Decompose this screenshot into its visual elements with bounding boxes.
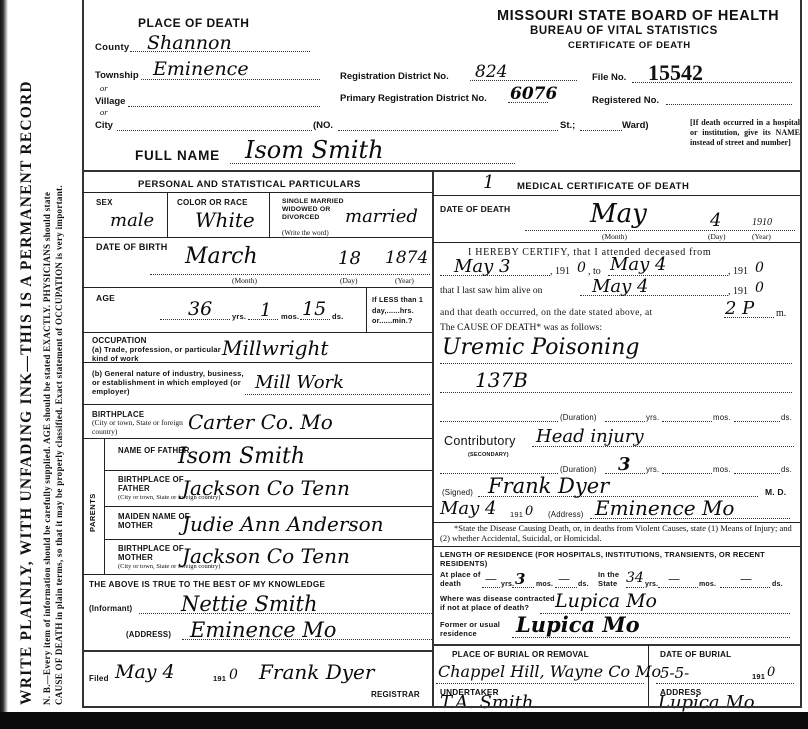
- duration-mos-label-2: mos.: [713, 465, 731, 474]
- registered-no-label: Registered No.: [592, 95, 659, 106]
- permanent-record-notice: WRITE PLAINLY, WITH UNFADING INK—THIS IS…: [18, 80, 36, 705]
- rule: [432, 195, 800, 196]
- day-caption: (Day): [340, 276, 358, 285]
- primary-registration-field: Primary Registration District No. 6076: [340, 88, 580, 104]
- full-name-label: FULL NAME: [135, 148, 220, 163]
- file-no-label: File No.: [592, 72, 626, 83]
- burial-place-value: Chappel Hill, Wayne Co Mo: [438, 662, 661, 681]
- county-value: Shannon: [147, 32, 232, 54]
- form-bottom-border: [82, 706, 800, 708]
- township-field: Township Eminence: [95, 64, 320, 80]
- duration-yrs-label: yrs.: [646, 413, 659, 422]
- death-month: May: [590, 199, 647, 229]
- sex-label: SEX: [96, 198, 113, 207]
- cause-code: 137B: [475, 368, 528, 392]
- duration-label-2: (Duration): [560, 465, 597, 474]
- rule: [82, 332, 432, 333]
- scan-bottom-edge: [0, 712, 808, 729]
- column-divider: [432, 172, 434, 708]
- at-place-ds-label: ds.: [578, 580, 589, 589]
- undertaker-address-value: Lupica Mo: [658, 692, 755, 713]
- contributory-field: Contributory (SECONDARY) Head injury: [444, 430, 798, 456]
- rule: [104, 539, 432, 540]
- village-line: [128, 106, 320, 107]
- death-time-field: and that death occurred, on the date sta…: [440, 302, 798, 322]
- full-name-field: FULL NAME Isom Smith: [135, 142, 515, 166]
- parents-label: PARENTS: [88, 493, 97, 532]
- birthplace-value: Carter Co. Mo: [188, 410, 333, 434]
- rule: [82, 574, 432, 575]
- village-label: Village: [95, 96, 125, 107]
- rule: [734, 421, 780, 422]
- left-margin: WRITE PLAINLY, WITH UNFADING INK—THIS IS…: [0, 0, 80, 729]
- occupation-a-label: (a) Trade, profession, or particular kin…: [92, 345, 222, 363]
- duration-mos-label: mos.: [713, 413, 731, 422]
- rule: [82, 192, 432, 193]
- registrar-signature: Frank Dyer: [259, 660, 374, 684]
- rule: [734, 473, 780, 474]
- ward-line: [580, 130, 622, 131]
- st-label: St.;: [560, 120, 575, 131]
- county-field: County Shannon: [95, 36, 310, 52]
- duration-ds-label-2: ds.: [781, 465, 792, 474]
- form-right-border: [800, 0, 802, 708]
- race-label: COLOR OR RACE: [177, 198, 248, 207]
- reg-district-value: 824: [475, 62, 507, 82]
- rule: [662, 473, 712, 474]
- death-day-caption: (Day): [708, 232, 726, 241]
- filed-year-prefix: 191: [213, 674, 226, 683]
- header-divider: [82, 170, 800, 172]
- occupation-b-value: Mill Work: [255, 372, 344, 393]
- attended-to-year-prefix: , 191: [728, 266, 748, 277]
- informant-field: (Informant) Nettie Smith: [89, 596, 432, 616]
- bureau-title: BUREAU OF VITAL STATISTICS: [530, 25, 718, 37]
- attended-to-year: 0: [755, 260, 764, 276]
- age-field: 36 yrs. 1 mos. 15 ds.: [160, 300, 366, 322]
- rule: [656, 683, 794, 684]
- at-place-mos: 3: [515, 570, 525, 588]
- month-caption: (Month): [232, 276, 257, 285]
- registration-district-field: Registration District No. 824: [340, 64, 580, 80]
- mother-maiden-value: Judie Ann Anderson: [182, 512, 384, 536]
- burial-year: 0: [767, 665, 775, 680]
- race-value: White: [195, 208, 255, 232]
- signed-year: 0: [525, 504, 533, 519]
- occupation-b-label: (b) General nature of industry, business…: [92, 369, 252, 396]
- in-state-mos-label: mos.: [699, 580, 716, 589]
- last-saw-year: 0: [755, 280, 764, 296]
- death-occurred-label: and that death occurred, on the date sta…: [440, 308, 652, 318]
- last-saw-date: May 4: [592, 276, 649, 297]
- former-residence-value: Lupica Mo: [516, 612, 640, 637]
- rule: [269, 192, 270, 237]
- in-state-ds-label: ds.: [772, 580, 783, 589]
- rule: [626, 587, 644, 588]
- in-state-ds: —: [740, 572, 752, 586]
- death-time: 2 P: [725, 298, 754, 319]
- rule: [150, 274, 430, 275]
- yrs-label: yrs.: [232, 312, 246, 321]
- attended-from-year: 0: [577, 260, 586, 276]
- physician-address-field: May 4 191 0 (Address) Eminence Mo: [440, 500, 798, 522]
- birthplace-hint: (City or town, State or foreign country): [92, 419, 187, 436]
- form-left-border: [82, 0, 84, 708]
- medical-section-title: MEDICAL CERTIFICATE OF DEATH: [517, 181, 689, 192]
- informant-address-field: (ADDRESS) Eminence Mo: [126, 622, 432, 642]
- in-state-yrs: 34: [626, 570, 644, 586]
- rule: [82, 362, 432, 363]
- rule: [440, 392, 792, 393]
- in-state-mos: —: [668, 572, 680, 586]
- rule: [82, 438, 432, 439]
- age-label: AGE: [96, 294, 115, 303]
- rule: [662, 421, 712, 422]
- burial-place-label: PLACE OF BURIAL OR REMOVAL: [452, 650, 589, 659]
- rule: [432, 546, 800, 547]
- true-statement: THE ABOVE IS TRUE TO THE BEST OF MY KNOW…: [89, 580, 325, 589]
- rule: [82, 404, 432, 405]
- age-months: 1: [260, 300, 271, 321]
- last-saw-alive: that I last saw him alive on May 4 , 191…: [440, 280, 798, 300]
- rule: [658, 587, 698, 588]
- rule: [512, 637, 790, 638]
- residence-label: LENGTH OF RESIDENCE (FOR HOSPITALS, INST…: [440, 550, 795, 568]
- father-name-value: Isom Smith: [178, 444, 305, 469]
- signed-year-prefix: 191: [510, 510, 523, 519]
- filed-year-suffix: 0: [229, 667, 238, 683]
- attended-from: May 3: [454, 256, 511, 277]
- date-of-death-label: DATE OF DEATH: [440, 205, 510, 214]
- personal-section-title: PERSONAL AND STATISTICAL PARTICULARS: [138, 179, 361, 190]
- item-number: 1: [483, 172, 494, 193]
- rule: [555, 587, 577, 588]
- village-field: Village: [95, 94, 320, 108]
- rule: [104, 506, 432, 507]
- less-than-day-note: If LESS than 1 day,......hrs. or......mi…: [372, 295, 432, 327]
- filed-date: May 4: [115, 661, 175, 683]
- street-line: [338, 130, 558, 131]
- address-label: (Address): [548, 510, 584, 519]
- age-years: 36: [188, 298, 212, 320]
- rule: [245, 394, 430, 395]
- city-line: [117, 130, 312, 131]
- rule: [482, 587, 500, 588]
- primary-reg-value: 6076: [510, 84, 557, 104]
- duration-ds-label: ds.: [781, 413, 792, 422]
- hospital-note: [If death occurred in a hospital or inst…: [690, 118, 800, 148]
- duration-yrs-label-2: yrs.: [646, 465, 659, 474]
- death-day: 4: [710, 210, 721, 231]
- duration-label: (Duration): [560, 413, 597, 422]
- county-label: County: [95, 42, 130, 53]
- last-saw-label: that I last saw him alive on: [440, 286, 542, 296]
- contributory-label: Contributory: [444, 434, 516, 448]
- physician-signature: Frank Dyer: [488, 474, 609, 498]
- street-no-label: (NO.: [313, 120, 333, 131]
- attended-to: May 4: [610, 254, 667, 275]
- rule: [82, 237, 432, 238]
- occupation-label: OCCUPATION: [92, 336, 147, 345]
- board-title: MISSOURI STATE BOARD OF HEALTH: [497, 8, 779, 24]
- signed-label: (Signed): [442, 488, 473, 497]
- rule: [720, 587, 770, 588]
- dob-month: March: [185, 244, 258, 269]
- informant-label: (Informant): [89, 604, 132, 613]
- rule: [104, 470, 432, 471]
- former-residence-label: Former or usual residence: [440, 620, 520, 638]
- reg-district-label: Registration District No.: [340, 71, 449, 82]
- primary-reg-label: Primary Registration District No.: [340, 93, 487, 104]
- at-place-mos-label: mos.: [536, 580, 553, 589]
- year-caption: (Year): [395, 276, 414, 285]
- burial-year-prefix: 191: [752, 672, 765, 681]
- m-label: m.: [776, 308, 786, 319]
- rule: [82, 650, 432, 652]
- township-value: Eminence: [153, 58, 249, 80]
- township-label: Township: [95, 70, 139, 81]
- certificate-title: CERTIFICATE OF DEATH: [568, 40, 691, 51]
- rule: [525, 230, 795, 231]
- father-birthplace-value: Jackson Co Tenn: [182, 476, 350, 500]
- nb-note-line1: N. B.—Every item of information should b…: [42, 192, 52, 705]
- scan-edge: [0, 0, 8, 729]
- rule: [366, 287, 367, 332]
- full-name-value: Isom Smith: [245, 136, 384, 164]
- cause-footnote: *State the Disease Causing Death, or, in…: [440, 523, 792, 543]
- residence-durations: At place of death — yrs. 3 mos. — ds. In…: [440, 570, 798, 592]
- city-field: City (NO. St.; Ward): [95, 118, 655, 132]
- dob-year: 1874: [385, 248, 428, 268]
- contracted-value: Lupica Mo: [555, 590, 657, 612]
- md-label: M. D.: [765, 488, 786, 497]
- death-year: 1910: [752, 217, 772, 228]
- contributory-duration-yrs: 3: [618, 454, 631, 475]
- age-days: 15: [302, 298, 326, 320]
- rule: [167, 192, 168, 237]
- place-of-death-heading: PLACE OF DEATH: [138, 16, 249, 30]
- filed-label: Filed: [89, 674, 109, 683]
- cause-label: The CAUSE OF DEATH* was as follows:: [440, 323, 602, 333]
- rule: [440, 421, 558, 422]
- mother-birthplace-value: Jackson Co Tenn: [182, 544, 350, 568]
- contributory-value: Head injury: [536, 426, 644, 447]
- rule: [605, 421, 645, 422]
- informant-value: Nettie Smith: [181, 592, 317, 616]
- ward-label: Ward): [622, 120, 649, 131]
- contracted-label: Where was disease contracted if not at p…: [440, 594, 560, 612]
- former-residence-field: Former or usual residence Lupica Mo: [440, 616, 798, 640]
- death-year-caption: (Year): [752, 232, 771, 241]
- burial-date-value: 5-5-: [660, 664, 689, 682]
- dob-day: 18: [338, 248, 361, 269]
- in-state-yrs-label: yrs.: [645, 580, 658, 589]
- last-saw-year-prefix: , 191: [728, 286, 748, 297]
- or-label-2: or: [100, 107, 108, 117]
- primary-duration: (Duration) yrs. mos. ds.: [440, 410, 798, 424]
- marital-value: married: [345, 206, 418, 227]
- signed-date: May 4: [440, 498, 497, 519]
- file-no-value: 15542: [648, 60, 703, 86]
- undertaker-value-text: T.A. Smith: [440, 692, 534, 713]
- physician-address: Eminence Mo: [595, 496, 734, 520]
- rule: [440, 363, 792, 364]
- dob-label: DATE OF BIRTH: [96, 243, 167, 252]
- rule: [82, 287, 432, 288]
- registered-number-field: Registered No.: [592, 93, 792, 107]
- registrar-label: REGISTRAR: [371, 690, 420, 699]
- ds-label: ds.: [332, 312, 343, 321]
- secondary-label: (SECONDARY): [468, 451, 509, 460]
- filed-field: Filed May 4 191 0 Frank Dyer REGISTRAR: [89, 655, 432, 700]
- undertaker-value: T.A. Smith: [440, 692, 534, 713]
- city-label: City: [95, 120, 113, 131]
- rule: [432, 644, 800, 646]
- nb-note-line2: CAUSE OF DEATH in plain terms, so that i…: [54, 185, 64, 705]
- attended-dates: May 3 , 191 0 , to May 4 , 191 0: [440, 258, 798, 278]
- or-label: or: [100, 83, 108, 93]
- mos-label: mos.: [281, 312, 299, 321]
- attended-from-year-prefix: , 191: [550, 266, 570, 277]
- cause-value: Uremic Poisoning: [442, 335, 639, 360]
- registered-no-line: [666, 104, 792, 105]
- at-place-yrs: —: [485, 572, 497, 586]
- occupation-a-value: Millwright: [222, 336, 328, 360]
- death-month-caption: (Month): [602, 232, 627, 241]
- rule: [432, 242, 800, 243]
- informant-address-value: Eminence Mo: [190, 618, 336, 642]
- sex-value: male: [110, 210, 154, 231]
- informant-address-label: (ADDRESS): [126, 630, 171, 639]
- file-number-field: File No. 15542: [592, 62, 792, 84]
- burial-date-label: DATE OF BURIAL: [660, 650, 731, 659]
- at-place-ds: —: [558, 572, 570, 586]
- rule: [436, 683, 644, 684]
